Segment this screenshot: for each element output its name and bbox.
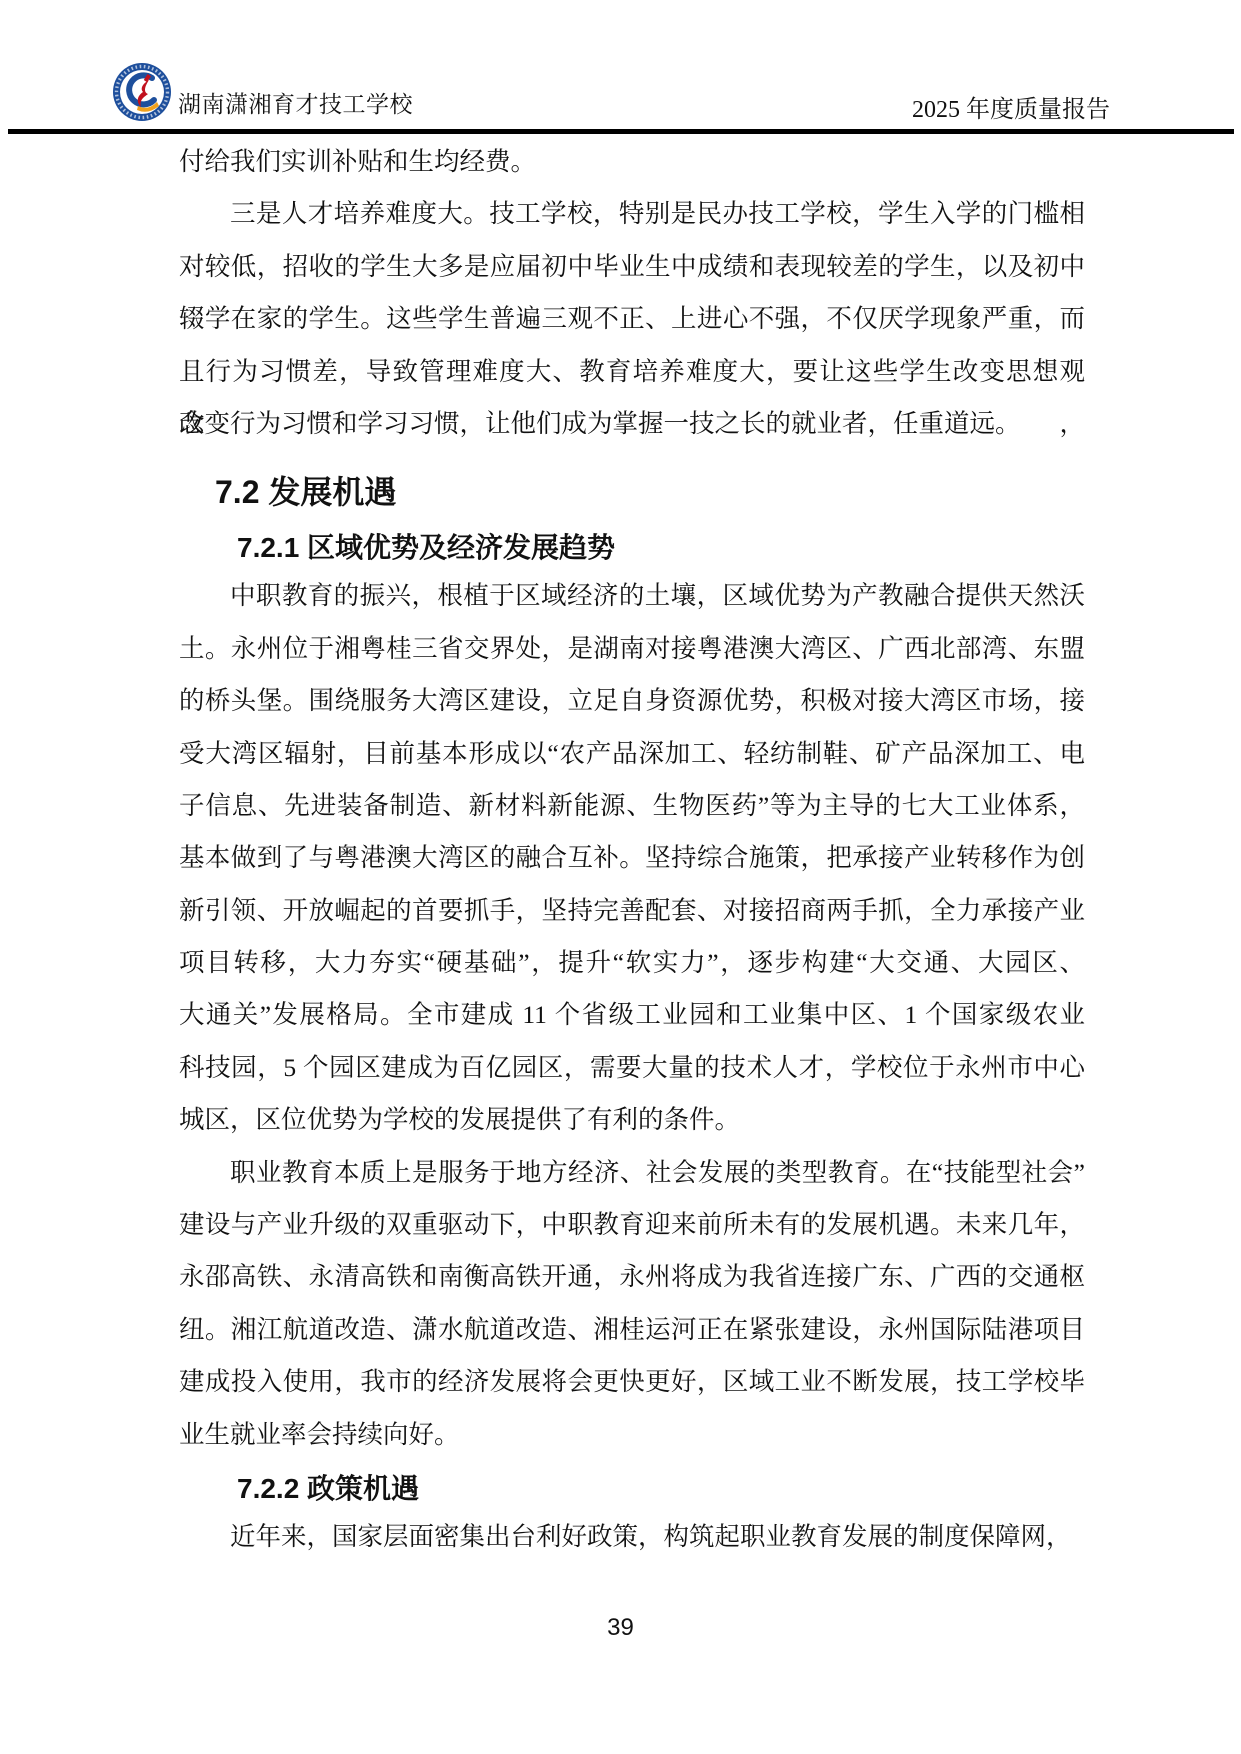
paragraph-line: 辍学在家的学生。这些学生普遍三观不正、上进心不强，不仅厌学现象严重，而 <box>179 293 1085 345</box>
paragraph-line: 子信息、先进装备制造、新材料新能源、生物医药”等为主导的七大工业体系， <box>179 780 1085 832</box>
document-page: 湖南潇湘育才技工学校 2025 年度质量报告 付给我们实训补贴和生均经费。三是人… <box>0 0 1241 1754</box>
paragraph-line: 的桥头堡。围绕服务大湾区建设，立足自身资源优势，积极对接大湾区市场，接 <box>179 675 1085 727</box>
header-report-title: 2025 年度质量报告 <box>912 89 1110 124</box>
paragraph-line: 纽。湘江航道改造、潇水航道改造、湘桂运河正在紧张建设，永州国际陆港项目 <box>179 1304 1085 1356</box>
paragraph-line: 新引领、开放崛起的首要抓手，坚持完善配套、对接招商两手抓，全力承接产业 <box>179 885 1085 937</box>
paragraph-line: 改变行为习惯和学习习惯，让他们成为掌握一技之长的就业者，任重道远。 <box>179 398 1085 450</box>
document-body: 付给我们实训补贴和生均经费。三是人才培养难度大。技工学校，特别是民办技工学校，学… <box>179 136 1085 1563</box>
paragraph-line: 受大湾区辐射，目前基本形成以“农产品深加工、轻纺制鞋、矿产品深加工、电 <box>179 728 1085 780</box>
paragraph-line: 基本做到了与粤港澳大湾区的融合互补。坚持综合施策，把承接产业转移作为创 <box>179 832 1085 884</box>
paragraph-line: 且行为习惯差，导致管理难度大、教育培养难度大，要让这些学生改变思想观念， <box>179 346 1085 398</box>
header-school-name: 湖南潇湘育才技工学校 <box>178 86 413 119</box>
header-rule <box>8 129 1234 134</box>
section-heading: 7.2.2 政策机遇 <box>179 1467 1085 1511</box>
paragraph-line: 科技园，5 个园区建成为百亿园区，需要大量的技术人才，学校位于永州市中心 <box>179 1042 1085 1094</box>
paragraph-line: 建设与产业升级的双重驱动下，中职教育迎来前所未有的发展机遇。未来几年， <box>179 1199 1085 1251</box>
paragraph-line: 大通关”发展格局。全市建成 11 个省级工业园和工业集中区、1 个国家级农业 <box>179 989 1085 1041</box>
section-heading: 7.2.1 区域优势及经济发展趋势 <box>179 526 1085 570</box>
paragraph-line: 项目转移，大力夯实“硬基础”，提升“软实力”，逐步构建“大交通、大园区、 <box>179 937 1085 989</box>
paragraph-line: 职业教育本质上是服务于地方经济、社会发展的类型教育。在“技能型社会” <box>179 1147 1085 1199</box>
school-logo-icon <box>112 62 172 122</box>
paragraph-line: 三是人才培养难度大。技工学校，特别是民办技工学校，学生入学的门槛相 <box>179 188 1085 240</box>
paragraph-line: 付给我们实训补贴和生均经费。 <box>179 136 1085 188</box>
paragraph-line: 土。永州位于湘粤桂三省交界处，是湖南对接粤港澳大湾区、广西北部湾、东盟 <box>179 623 1085 675</box>
paragraph-line: 城区，区位优势为学校的发展提供了有利的条件。 <box>179 1094 1085 1146</box>
paragraph-line: 永邵高铁、永清高铁和南衡高铁开通，永州将成为我省连接广东、广西的交通枢 <box>179 1251 1085 1303</box>
paragraph-line: 中职教育的振兴，根植于区域经济的土壤，区域优势为产教融合提供天然沃 <box>179 570 1085 622</box>
paragraph-line: 近年来，国家层面密集出台利好政策，构筑起职业教育发展的制度保障网， <box>179 1511 1085 1563</box>
page-number: 39 <box>0 1614 1241 1642</box>
section-heading: 7.2 发展机遇 <box>179 464 1085 520</box>
paragraph-line: 业生就业率会持续向好。 <box>179 1409 1085 1461</box>
paragraph-line: 对较低，招收的学生大多是应届初中毕业生中成绩和表现较差的学生，以及初中 <box>179 241 1085 293</box>
paragraph-line: 建成投入使用，我市的经济发展将会更快更好，区域工业不断发展，技工学校毕 <box>179 1356 1085 1408</box>
